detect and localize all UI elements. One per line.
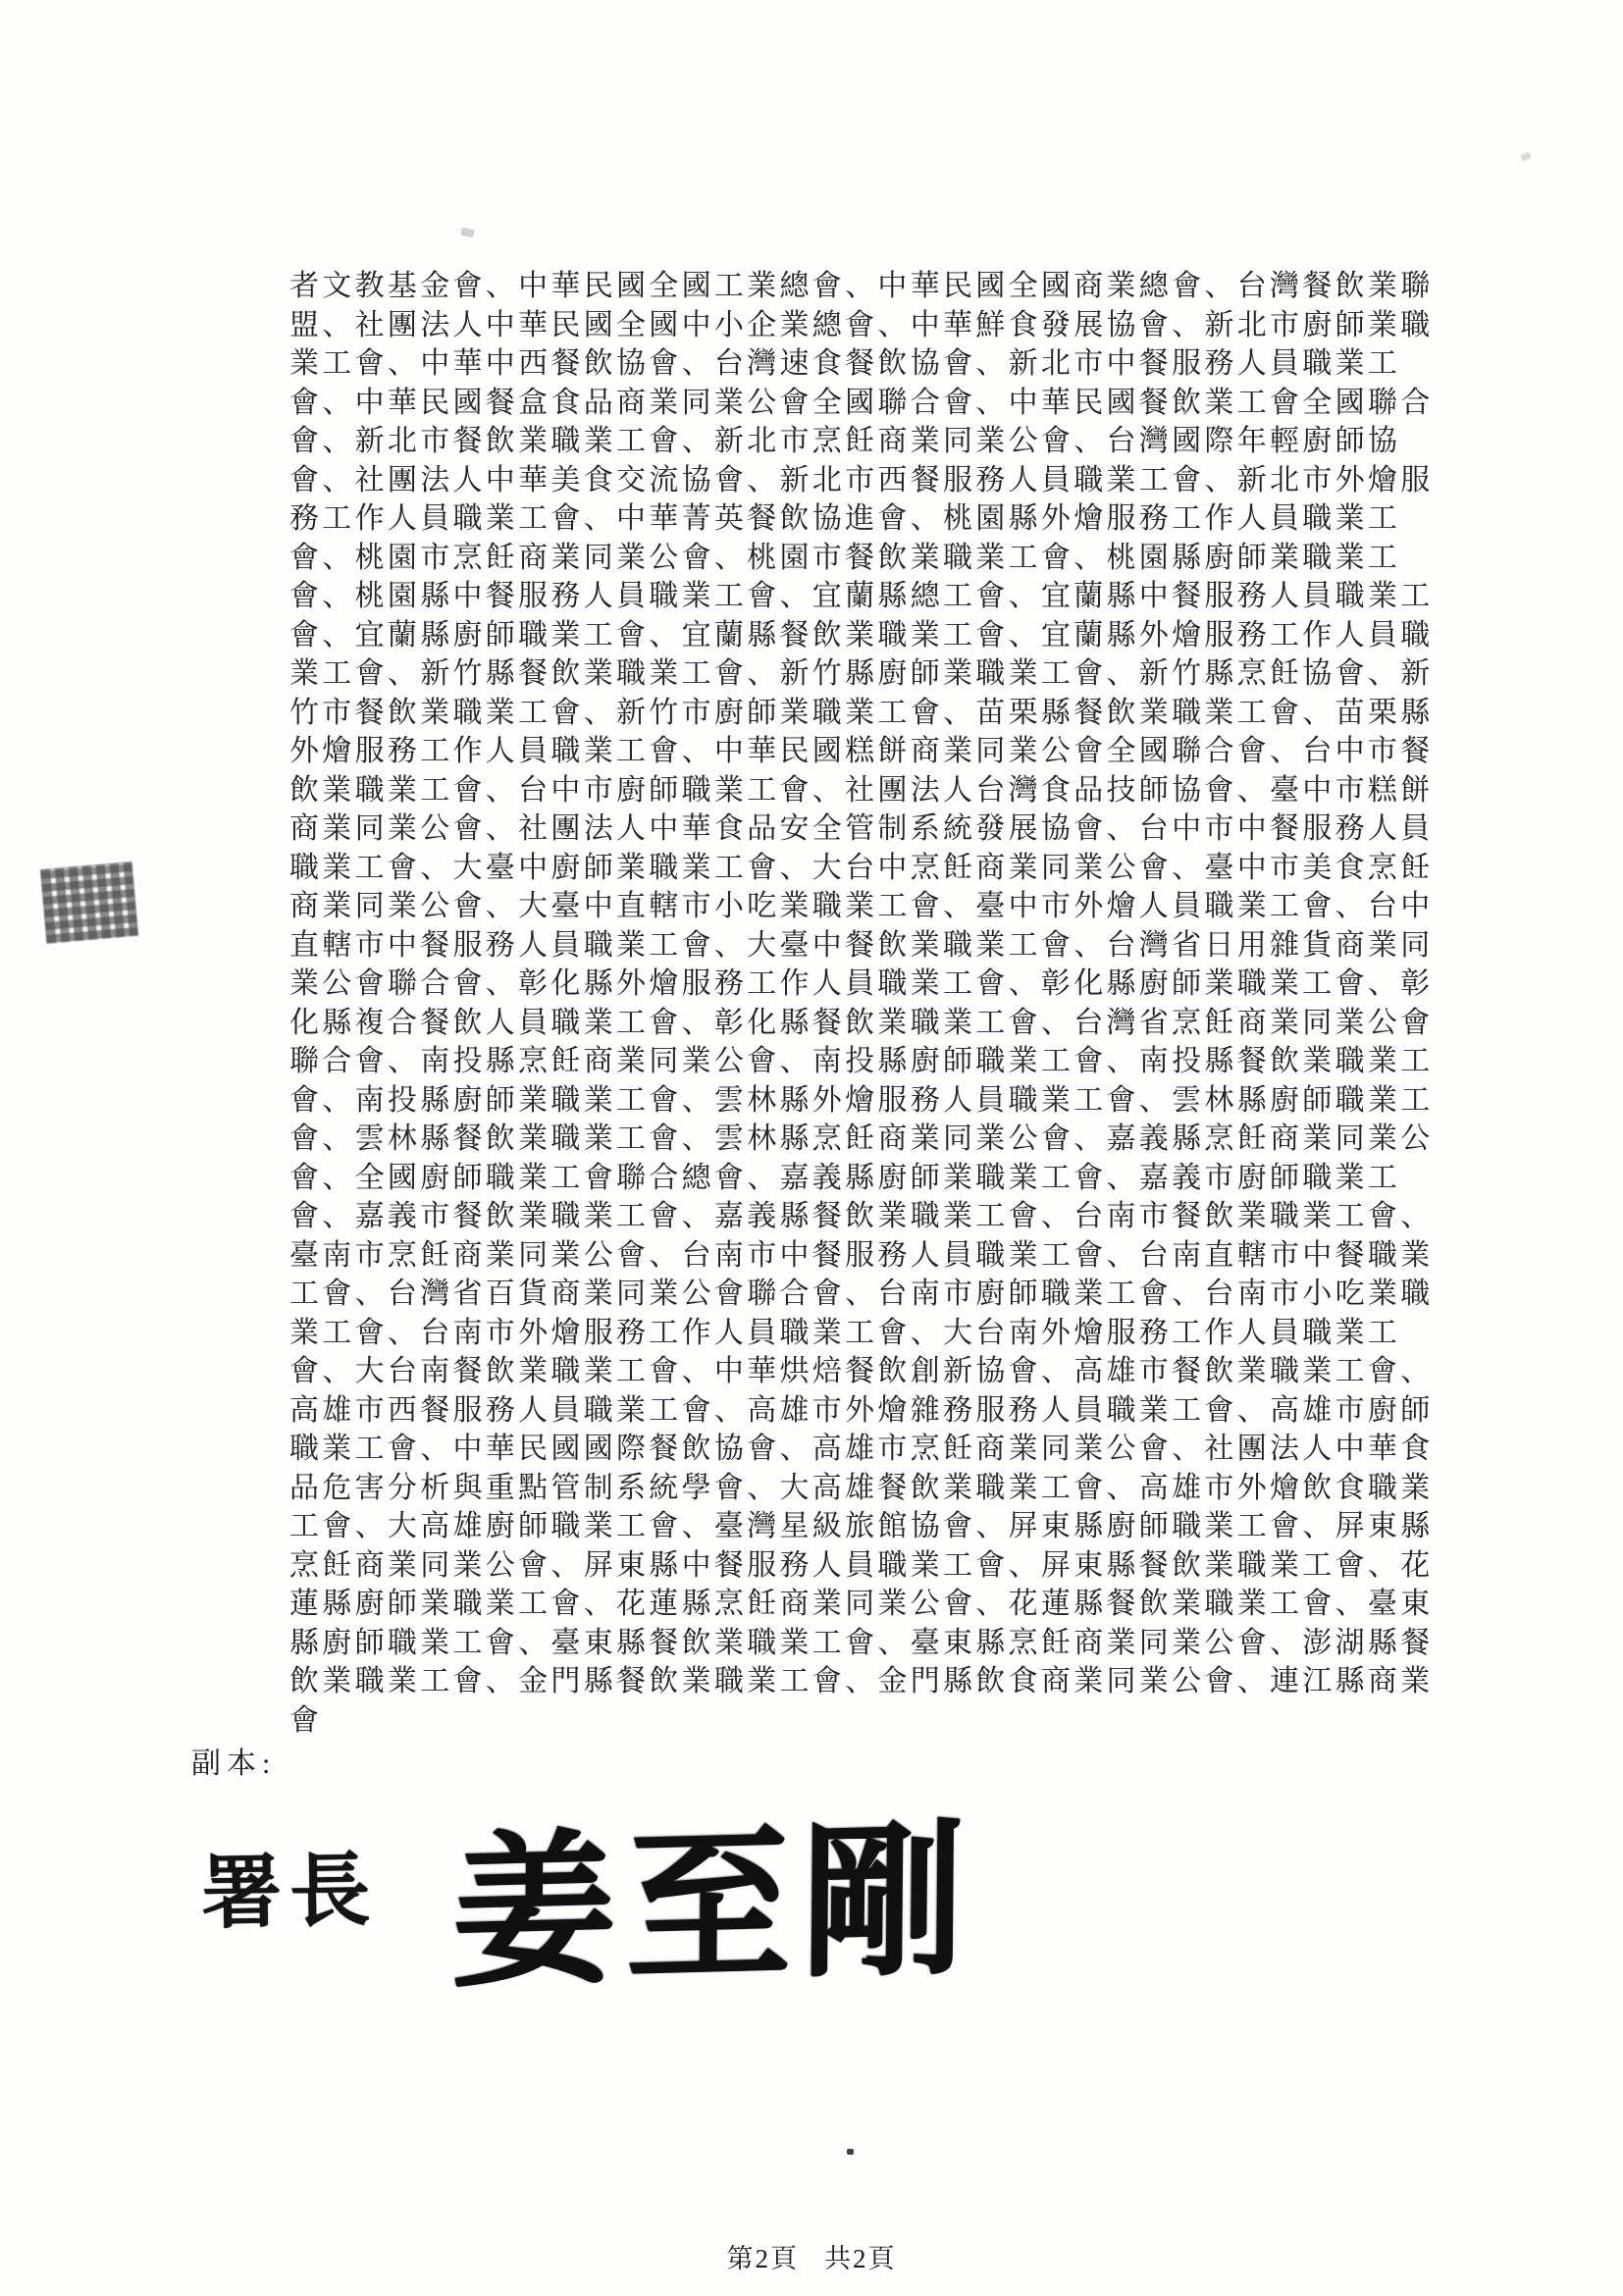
text-line: 臺南市烹飪商業同業公會、台南市中餐服務人員職業工會、台南直轄市中餐職業 (289, 1236, 1442, 1276)
text-line: 業工會、中華中西餐飲協會、台灣速食餐飲協會、新北市中餐服務人員職業工 (289, 344, 1442, 384)
text-line: 業工會、新竹縣餐飲業職業工會、新竹縣廚師業職業工會、新竹縣烹飪協會、新 (289, 654, 1442, 694)
signature-block: 署長 姜至剛 (201, 1781, 1006, 2075)
text-line: 聯合會、南投縣烹飪商業同業公會、南投縣廚師職業工會、南投縣餐飲業職業工 (289, 1042, 1442, 1081)
text-line: 會、嘉義市餐飲業職業工會、嘉義縣餐飲業職業工會、台南市餐飲業職業工會、 (289, 1197, 1442, 1236)
text-line: 會、雲林縣餐飲業職業工會、雲林縣烹飪商業同業公會、嘉義縣烹飪商業同業公 (289, 1120, 1442, 1159)
text-line: 會、南投縣廚師業職業工會、雲林縣外燴服務人員職業工會、雲林縣廚師職業工 (289, 1081, 1442, 1121)
text-line: 商業同業公會、大臺中直轄市小吃業職業工會、臺中市外燴人員職業工會、台中 (289, 887, 1442, 926)
text-line: 會、新北市餐飲業職業工會、新北市烹飪商業同業公會、台灣國際年輕廚師協 (289, 422, 1442, 461)
text-line: 會、桃園縣中餐服務人員職業工會、宜蘭縣總工會、宜蘭縣中餐服務人員職業工 (289, 577, 1442, 616)
text-line: 縣廚師職業工會、臺東縣餐飲業職業工會、臺東縣烹飪商業同業公會、澎湖縣餐 (289, 1624, 1442, 1663)
text-line: 外燴服務工作人員職業工會、中華民國糕餅商業同業公會全國聯合會、台中市餐 (289, 732, 1442, 771)
page-footer: 第2頁共2頁 (0, 2237, 1623, 2275)
text-line: 職業工會、中華民國國際餐飲協會、高雄市烹飪商業同業公會、社團法人中華食 (289, 1430, 1442, 1469)
footer-total-pages: 共2頁 (824, 2244, 897, 2273)
text-line: 會、中華民國餐盒食品商業同業公會全國聯合會、中華民國餐飲業工會全國聯合 (289, 384, 1442, 423)
text-line: 業公會聯合會、彰化縣外燴服務工作人員職業工會、彰化縣廚師業職業工會、彰 (289, 965, 1442, 1004)
document-page: 者文教基金會、中華民國全國工業總會、中華民國全國商業總會、台灣餐飲業聯盟、社團法… (0, 0, 1623, 2296)
text-line: 烹飪商業同業公會、屏東縣中餐服務人員職業工會、屏東縣餐飲業職業工會、花 (289, 1546, 1442, 1586)
official-seal-stamp (40, 861, 138, 944)
text-line: 業工會、台南市外燴服務工作人員職業工會、大台南外燴服務工作人員職業工 (289, 1314, 1442, 1353)
text-line: 會、宜蘭縣廚師職業工會、宜蘭縣餐飲業職業工會、宜蘭縣外燴服務工作人員職 (289, 616, 1442, 655)
text-line: 工會、台灣省百貨商業同業公會聯合會、台南市廚師職業工會、台南市小吃業職 (289, 1275, 1442, 1314)
text-line: 工會、大高雄廚師職業工會、臺灣星級旅館協會、屏東縣廚師職業工會、屏東縣 (289, 1507, 1442, 1546)
signature-name: 姜至剛 (450, 1768, 976, 2018)
recipient-list: 者文教基金會、中華民國全國工業總會、中華民國全國商業總會、台灣餐飲業聯盟、社團法… (289, 267, 1442, 1740)
text-line: 飲業職業工會、金門縣餐飲業職業工會、金門縣飲食商業同業公會、連江縣商業 (289, 1662, 1442, 1701)
text-line: 會、大台南餐飲業職業工會、中華烘焙餐飲創新協會、高雄市餐飲業職業工會、 (289, 1352, 1442, 1391)
scan-speck (1520, 152, 1532, 162)
text-line: 化縣複合餐飲人員職業工會、彰化縣餐飲業職業工會、台灣省烹飪商業同業公會 (289, 1004, 1442, 1043)
text-line: 蓮縣廚師業職業工會、花蓮縣烹飪商業同業公會、花蓮縣餐飲業職業工會、臺東 (289, 1585, 1442, 1624)
text-line: 飲業職業工會、台中市廚師職業工會、社團法人台灣食品技師協會、臺中市糕餅 (289, 771, 1442, 810)
text-line: 會、桃園市烹飪商業同業公會、桃園市餐飲業職業工會、桃園縣廚師業職業工 (289, 539, 1442, 578)
text-line: 會、全國廚師職業工會聯合總會、嘉義縣廚師業職業工會、嘉義市廚師職業工 (289, 1159, 1442, 1198)
text-line: 品危害分析與重點管制系統學會、大高雄餐飲業職業工會、高雄市外燴飲食職業 (289, 1469, 1442, 1508)
scan-speck (460, 228, 474, 238)
footer-page-number: 第2頁 (727, 2244, 800, 2273)
text-line: 商業同業公會、社團法人中華食品安全管制系統發展協會、台中市中餐服務人員 (289, 809, 1442, 849)
text-line: 高雄市西餐服務人員職業工會、高雄市外燴雜務服務人員職業工會、高雄市廚師 (289, 1391, 1442, 1431)
text-line: 直轄市中餐服務人員職業工會、大臺中餐飲業職業工會、台灣省日用雜貨商業同 (289, 926, 1442, 965)
scan-speck (847, 2149, 854, 2155)
text-line: 盟、社團法人中華民國全國中小企業總會、中華鮮食發展協會、新北市廚師業職 (289, 306, 1442, 345)
text-line: 竹市餐飲業職業工會、新竹市廚師業職業工會、苗栗縣餐飲業職業工會、苗栗縣 (289, 694, 1442, 733)
text-line: 會 (289, 1701, 1442, 1741)
copy-label: 副本: (191, 1739, 276, 1782)
text-line: 務工作人員職業工會、中華菁英餐飲協進會、桃園縣外燴服務工作人員職業工 (289, 499, 1442, 539)
signature-title: 署長 (200, 1826, 379, 1944)
text-line: 者文教基金會、中華民國全國工業總會、中華民國全國商業總會、台灣餐飲業聯 (289, 267, 1442, 306)
text-line: 職業工會、大臺中廚師業職業工會、大台中烹飪商業同業公會、臺中市美食烹飪 (289, 849, 1442, 888)
text-line: 會、社團法人中華美食交流協會、新北市西餐服務人員職業工會、新北市外燴服 (289, 461, 1442, 500)
